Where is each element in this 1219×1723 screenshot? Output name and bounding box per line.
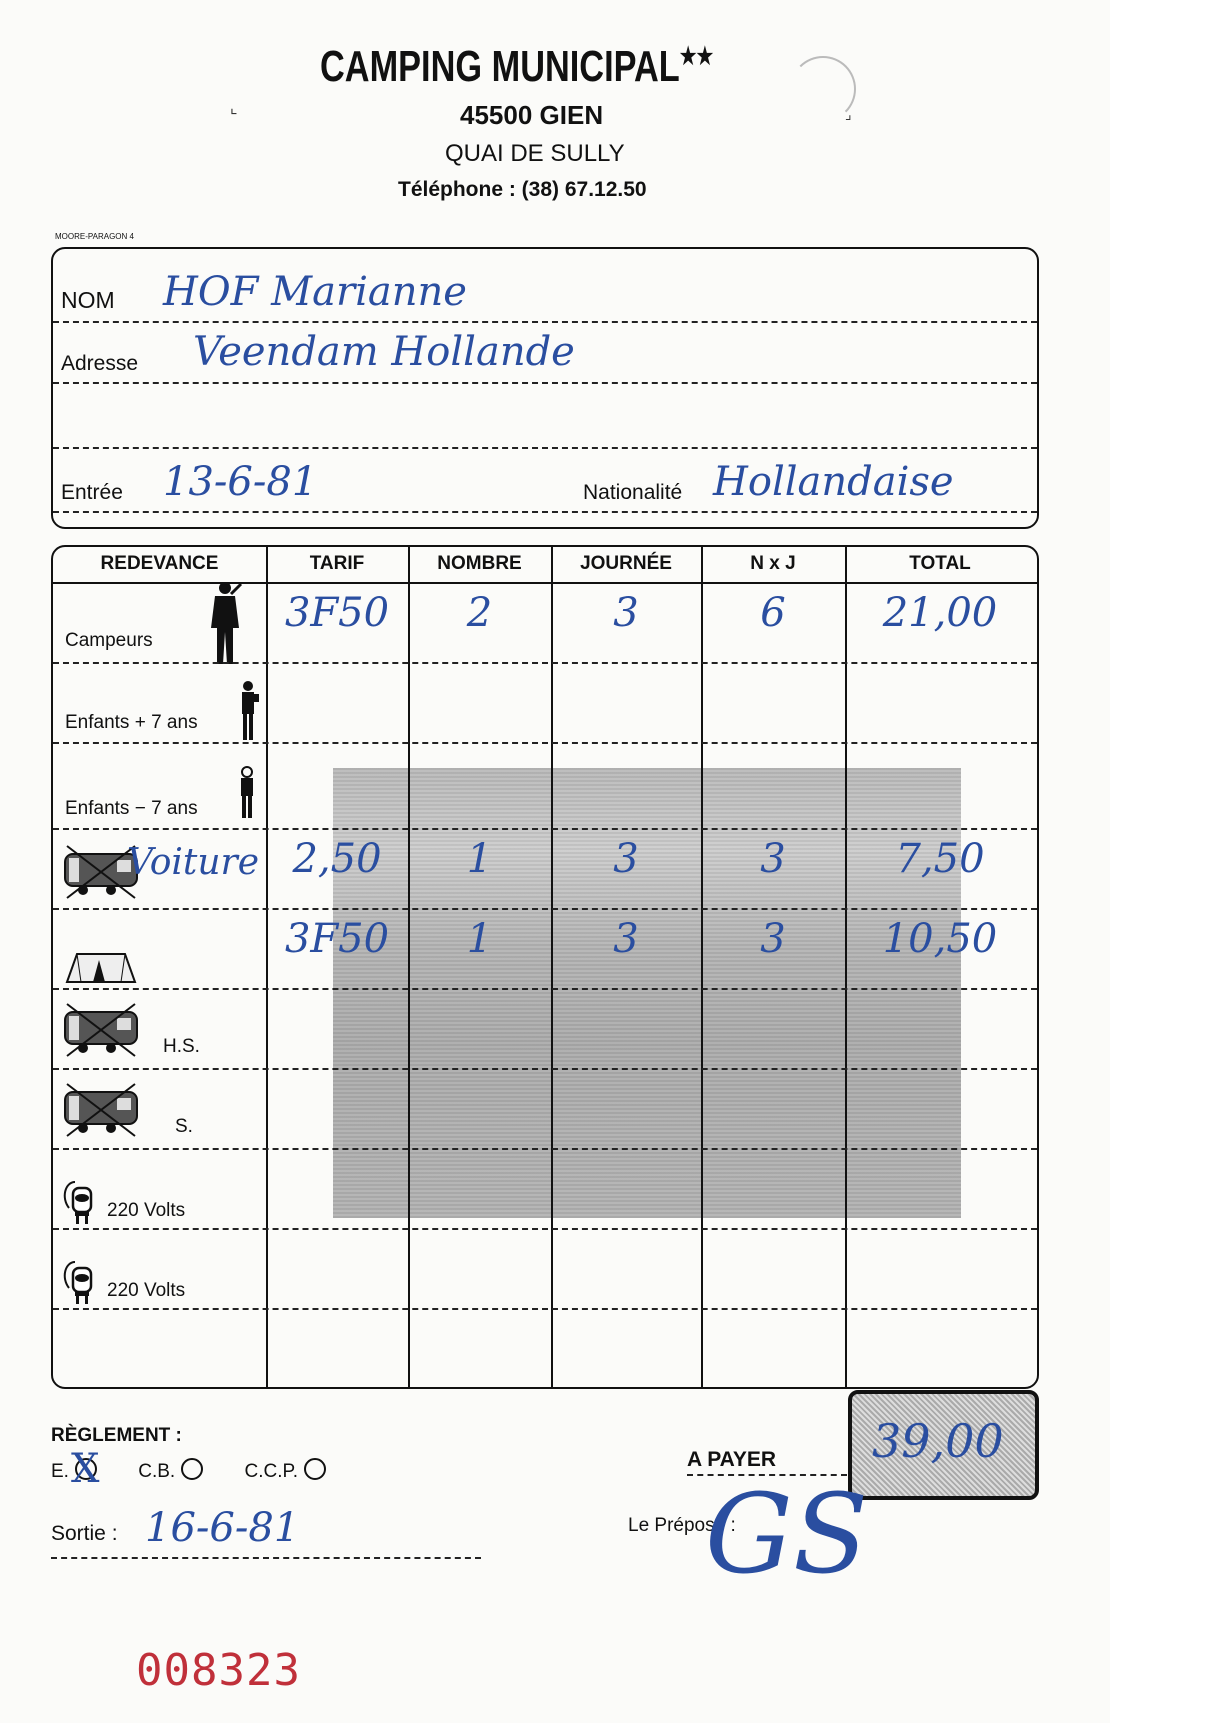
campsite-phone: Téléphone : (38) 67.12.50 xyxy=(398,178,647,202)
cell-total[interactable]: 7,50 xyxy=(845,836,1035,882)
radio-cb[interactable] xyxy=(181,1458,203,1480)
adult-person-icon xyxy=(203,580,247,673)
table-row: Campeurs3F5023621,00 xyxy=(53,584,1037,664)
cell-nombre[interactable]: 2 xyxy=(408,590,551,636)
table-row: 220 Volts xyxy=(53,1150,1037,1230)
cell-tarif[interactable]: 3F50 xyxy=(266,590,408,636)
header-tarif: TARIF xyxy=(266,553,408,575)
header-journee: JOURNÉE xyxy=(551,553,701,575)
cell-nxj[interactable]: 3 xyxy=(701,916,845,962)
cell-nxj[interactable]: 6 xyxy=(701,590,845,636)
sortie-label: Sortie : xyxy=(51,1522,118,1546)
cell-tarif[interactable]: 3F50 xyxy=(266,916,408,962)
header-total: TOTAL xyxy=(845,553,1035,575)
fees-table: REDEVANCE TARIF NOMBRE JOURNÉE N x J TOT… xyxy=(51,545,1039,1389)
caravan-crossed-icon xyxy=(61,1002,141,1063)
sortie-field[interactable]: 16-6-81 xyxy=(145,1505,299,1551)
radio-ccp[interactable] xyxy=(304,1458,326,1480)
option-especes[interactable]: E.X xyxy=(51,1461,97,1482)
caravan-crossed-icon xyxy=(61,1082,141,1143)
row-label: Enfants + 7 ans xyxy=(65,712,198,734)
table-row: Voiture2,501337,50 xyxy=(53,830,1037,910)
row-label-handwritten: Voiture xyxy=(127,842,259,883)
row-label: 220 Volts xyxy=(107,1280,185,1302)
cell-nxj[interactable]: 3 xyxy=(701,836,845,882)
table-row: Enfants + 7 ans xyxy=(53,664,1037,744)
cell-journee[interactable]: 3 xyxy=(551,836,701,882)
amount-due-box: 39,00 xyxy=(848,1390,1039,1500)
campsite-city: 45500 GIEN xyxy=(460,100,603,131)
tent-icon xyxy=(63,946,139,991)
option-ccp[interactable]: C.C.P. xyxy=(244,1461,326,1482)
child-icon xyxy=(237,680,259,747)
printer-mark: MOORE-PARAGON 4 xyxy=(55,232,134,241)
entree-label: Entrée xyxy=(61,481,123,505)
header-redevance: REDEVANCE xyxy=(53,553,266,575)
guest-info-box: NOM HOF Marianne Adresse Veendam Holland… xyxy=(51,247,1039,529)
nom-field[interactable]: HOF Marianne xyxy=(163,269,467,315)
table-row: H.S. xyxy=(53,990,1037,1070)
row-label: Enfants − 7 ans xyxy=(65,798,198,820)
cell-tarif[interactable]: 2,50 xyxy=(266,836,408,882)
row-label: S. xyxy=(175,1116,193,1138)
cell-nombre[interactable]: 1 xyxy=(408,836,551,882)
receipt-page: ⌞ ⌟ CAMPING MUNICIPAL★★ 45500 GIEN QUAI … xyxy=(0,0,1110,1723)
campsite-street: QUAI DE SULLY xyxy=(445,140,625,168)
table-row: 220 Volts xyxy=(53,1230,1037,1310)
header-nxj: N x J xyxy=(701,553,845,575)
electric-plug-icon xyxy=(61,1258,97,1311)
registration-mark: ⌞ xyxy=(230,98,238,118)
a-payer-label: A PAYER xyxy=(687,1448,776,1472)
prepose-signature: GS xyxy=(705,1470,868,1598)
adresse-label: Adresse xyxy=(61,352,138,376)
cell-nombre[interactable]: 1 xyxy=(408,916,551,962)
small-child-icon xyxy=(237,766,259,825)
nom-label: NOM xyxy=(61,287,115,314)
row-label: 220 Volts xyxy=(107,1200,185,1222)
serial-number: 008323 xyxy=(136,1645,301,1696)
star-rating-icon: ★★ xyxy=(680,43,714,70)
payment-options: E.X C.B. C.C.P. xyxy=(51,1458,326,1483)
cell-total[interactable]: 21,00 xyxy=(845,590,1035,636)
radio-especes[interactable]: X xyxy=(75,1458,97,1480)
campsite-title: CAMPING MUNICIPAL★★ xyxy=(320,42,713,92)
punch-hole xyxy=(790,56,856,122)
reglement-label: RÈGLEMENT : xyxy=(51,1425,182,1447)
table-row: 3F5013310,50 xyxy=(53,910,1037,990)
cell-journee[interactable]: 3 xyxy=(551,590,701,636)
cell-journee[interactable]: 3 xyxy=(551,916,701,962)
header-nombre: NOMBRE xyxy=(408,553,551,575)
scan-margin xyxy=(1110,0,1219,1723)
row-label: Campeurs xyxy=(65,630,153,652)
adresse-field[interactable]: Veendam Hollande xyxy=(193,329,575,375)
entree-field[interactable]: 13-6-81 xyxy=(163,459,317,505)
table-row: S. xyxy=(53,1070,1037,1150)
amount-due-value: 39,00 xyxy=(872,1414,1004,1468)
row-label: H.S. xyxy=(163,1036,200,1058)
electric-plug-icon xyxy=(61,1178,97,1231)
nationalite-field[interactable]: Hollandaise xyxy=(713,459,954,505)
nationalite-label: Nationalité xyxy=(583,481,682,505)
table-row: Enfants − 7 ans xyxy=(53,744,1037,830)
cell-total[interactable]: 10,50 xyxy=(845,916,1035,962)
option-cb[interactable]: C.B. xyxy=(138,1461,203,1482)
